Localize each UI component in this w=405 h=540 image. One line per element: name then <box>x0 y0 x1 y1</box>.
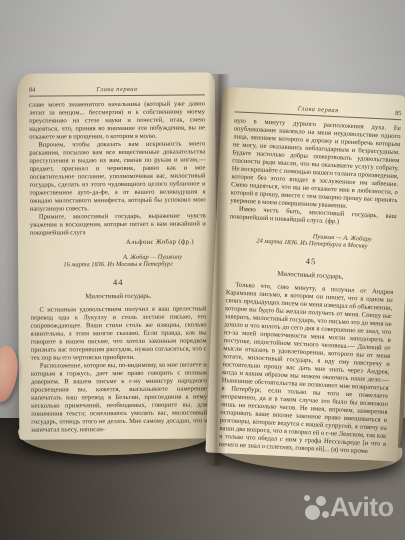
left-page-content: 84 Глава первая славе моего знаменитого … <box>17 72 218 434</box>
page-number-right: 85 <box>385 109 401 117</box>
header-rule-left <box>29 94 205 96</box>
paragraph: Расположение, которое вы, по-видимому, к… <box>31 361 207 434</box>
avito-logo-icon <box>305 505 320 520</box>
paragraph: Примите, милостивый государь, выражение … <box>30 212 206 237</box>
book-left-page: 84 Глава первая славе моего знаменитого … <box>17 72 218 439</box>
watermark-text: Avito <box>330 494 394 521</box>
letter-signature: Альфонс Жобар (фр.) <box>30 238 206 246</box>
right-page-content: Глава первая 85 ную в минуту дурного рас… <box>206 87 405 457</box>
page-number-left: 84 <box>29 87 45 94</box>
section-number: 44 <box>30 276 206 287</box>
paragraph: С истинным удовольствием получил я ваш п… <box>30 305 206 362</box>
letter-salutation: Милостивый государь, <box>227 268 394 283</box>
open-book: 84 Глава первая славе моего знаменитого … <box>10 60 405 470</box>
avito-watermark: Avito <box>292 486 402 534</box>
paragraph-continuation: славе моего знаменитого начальника (кото… <box>29 100 205 141</box>
paragraph: Впрочем, чтобы доказать вам искренность … <box>29 140 205 213</box>
running-header-left: 84 Глава первая <box>29 85 205 93</box>
running-title-left: Глава первая <box>45 86 189 94</box>
book-right-page: Глава первая 85 ную в минуту дурного рас… <box>205 87 405 462</box>
avito-logo-icon <box>322 511 329 518</box>
letter-attribution-date: 16 марта 1836. Из Москвы в Петербург <box>30 260 206 268</box>
section-number: 45 <box>227 252 394 270</box>
avito-logo-icon <box>316 496 326 506</box>
letter-salutation: Милостивый государь. <box>30 292 206 300</box>
header-spacer <box>235 107 251 108</box>
paragraph: Только что, сию минуту, я получил от Анд… <box>219 281 394 457</box>
avito-logo-icon <box>304 495 310 501</box>
paragraph-continuation: ную в минуту дурного расположения духа. … <box>230 117 401 213</box>
listing-photo: 84 Глава первая славе моего знаменитого … <box>0 0 405 540</box>
